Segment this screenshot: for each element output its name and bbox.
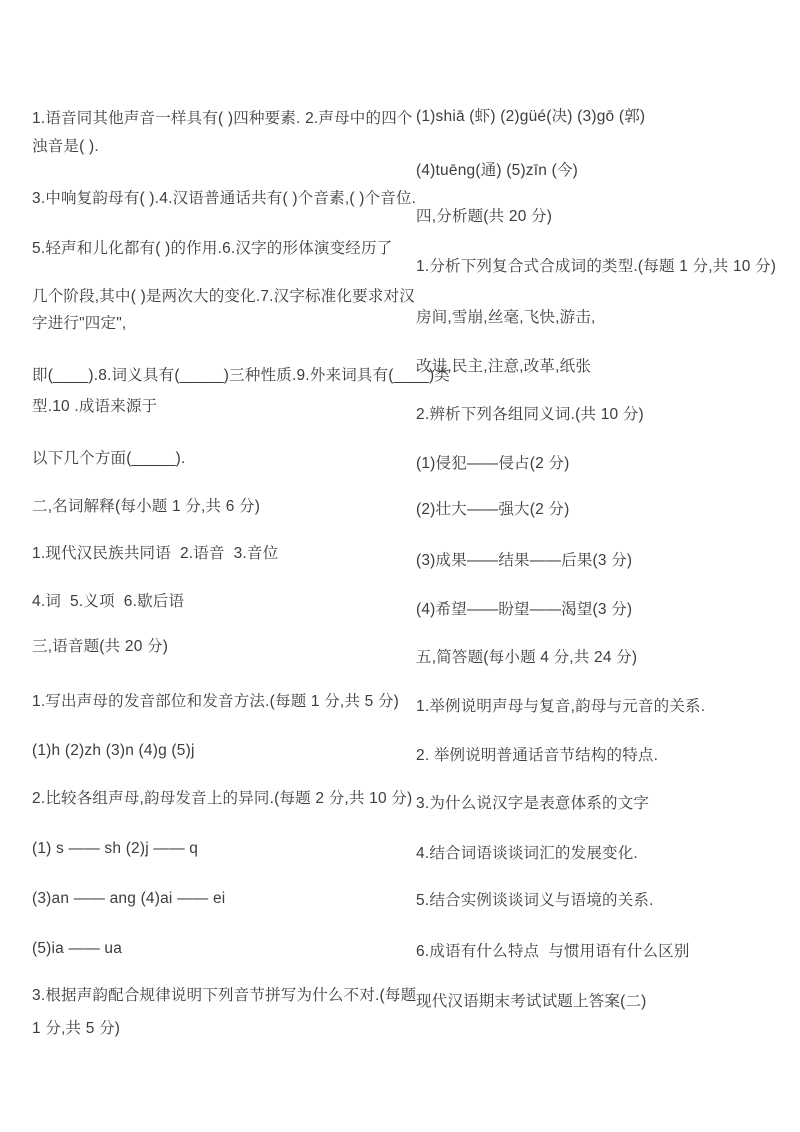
text-line: 3.根据声韵配合规律说明下列音节拼写为什么不对.(每题 [32,985,416,1006]
text-line: 1.现代汉民族共同语 2.语音 3.音位 [32,543,278,564]
text-line: (3)an —— ang (4)ai —— ei [32,888,225,909]
text-line: 即(____).8.词义具有(_____)三种性质.9.外来词具有(____)类 [32,365,450,386]
text-line: 5.轻声和儿化都有( )的作用.6.汉字的形体演变经历了 [32,238,392,259]
text-line: 1 分,共 5 分) [32,1018,120,1039]
text-line: (4)tuēng(通) (5)zīn (今) [416,160,578,181]
document-page: 1.语音同其他声音一样具有( )四种要素. 2.声母中的四个 浊音是( ). 3… [0,0,800,1132]
text-line: 1.语音同其他声音一样具有( )四种要素. 2.声母中的四个 [32,108,413,129]
right-column: (1)shiā (虾) (2)güé(决) (3)gō (郭) (4)tuēng… [416,0,786,1132]
text-line: 2.比较各组声母,韵母发音上的异同.(每题 2 分,共 10 分) [32,788,412,809]
section-heading: 二,名词解释(每小题 1 分,共 6 分) [32,496,260,517]
text-line: 房间,雪崩,丝毫,飞快,游击, [416,307,596,328]
section-heading: 三,语音题(共 20 分) [32,636,168,657]
text-line: 几个阶段,其中( )是两次大的变化.7.汉字标准化要求对汉 [32,286,415,307]
text-line: 4.词 5.义项 6.歇后语 [32,591,184,612]
section-heading: 五,简答题(每小题 4 分,共 24 分) [416,647,637,668]
text-line: 3.中响复韵母有( ).4.汉语普通话共有( )个音素,( )个音位. [32,188,416,209]
text-line: (5)ia —— ua [32,938,122,959]
text-line: 2. 举例说明普通话音节结构的特点. [416,745,658,766]
text-line: 2.辨析下列各组同义词.(共 10 分) [416,404,644,425]
text-line: 3.为什么说汉字是表意体系的文字 [416,793,649,814]
text-line: 字进行"四定", [32,313,126,334]
text-line: (3)成果——结果——后果(3 分) [416,550,632,571]
text-line: 6.成语有什么特点 与惯用语有什么区别 [416,941,690,962]
text-line: 改进,民主,注意,改革,纸张 [416,356,591,377]
text-line: (4)希望——盼望——渴望(3 分) [416,599,632,620]
text-line: 5.结合实例谈谈词义与语境的关系. [416,890,654,911]
text-line: 1.写出声母的发音部位和发音方法.(每题 1 分,共 5 分) [32,691,399,712]
text-line: 以下几个方面(_____). [32,448,186,469]
text-line: 1.分析下列复合式合成词的类型.(每题 1 分,共 10 分) [416,256,776,277]
text-line: (1)shiā (虾) (2)güé(决) (3)gō (郭) [416,106,645,127]
text-line: (1) s —— sh (2)j —— q [32,838,198,859]
document-subtitle: 现代汉语期末考试试题上答案(二) [416,991,647,1012]
text-line: 型.10 .成语来源于 [32,396,157,417]
text-line: 浊音是( ). [32,136,99,157]
text-line: 4.结合词语谈谈词汇的发展变化. [416,843,638,864]
left-column: 1.语音同其他声音一样具有( )四种要素. 2.声母中的四个 浊音是( ). 3… [32,0,407,1132]
text-line: (2)壮大——强大(2 分) [416,499,570,520]
text-line: 1.举例说明声母与复音,韵母与元音的关系. [416,696,705,717]
text-line: (1)h (2)zh (3)n (4)g (5)j [32,740,195,761]
section-heading: 四,分析题(共 20 分) [416,206,552,227]
text-line: (1)侵犯——侵占(2 分) [416,453,570,474]
